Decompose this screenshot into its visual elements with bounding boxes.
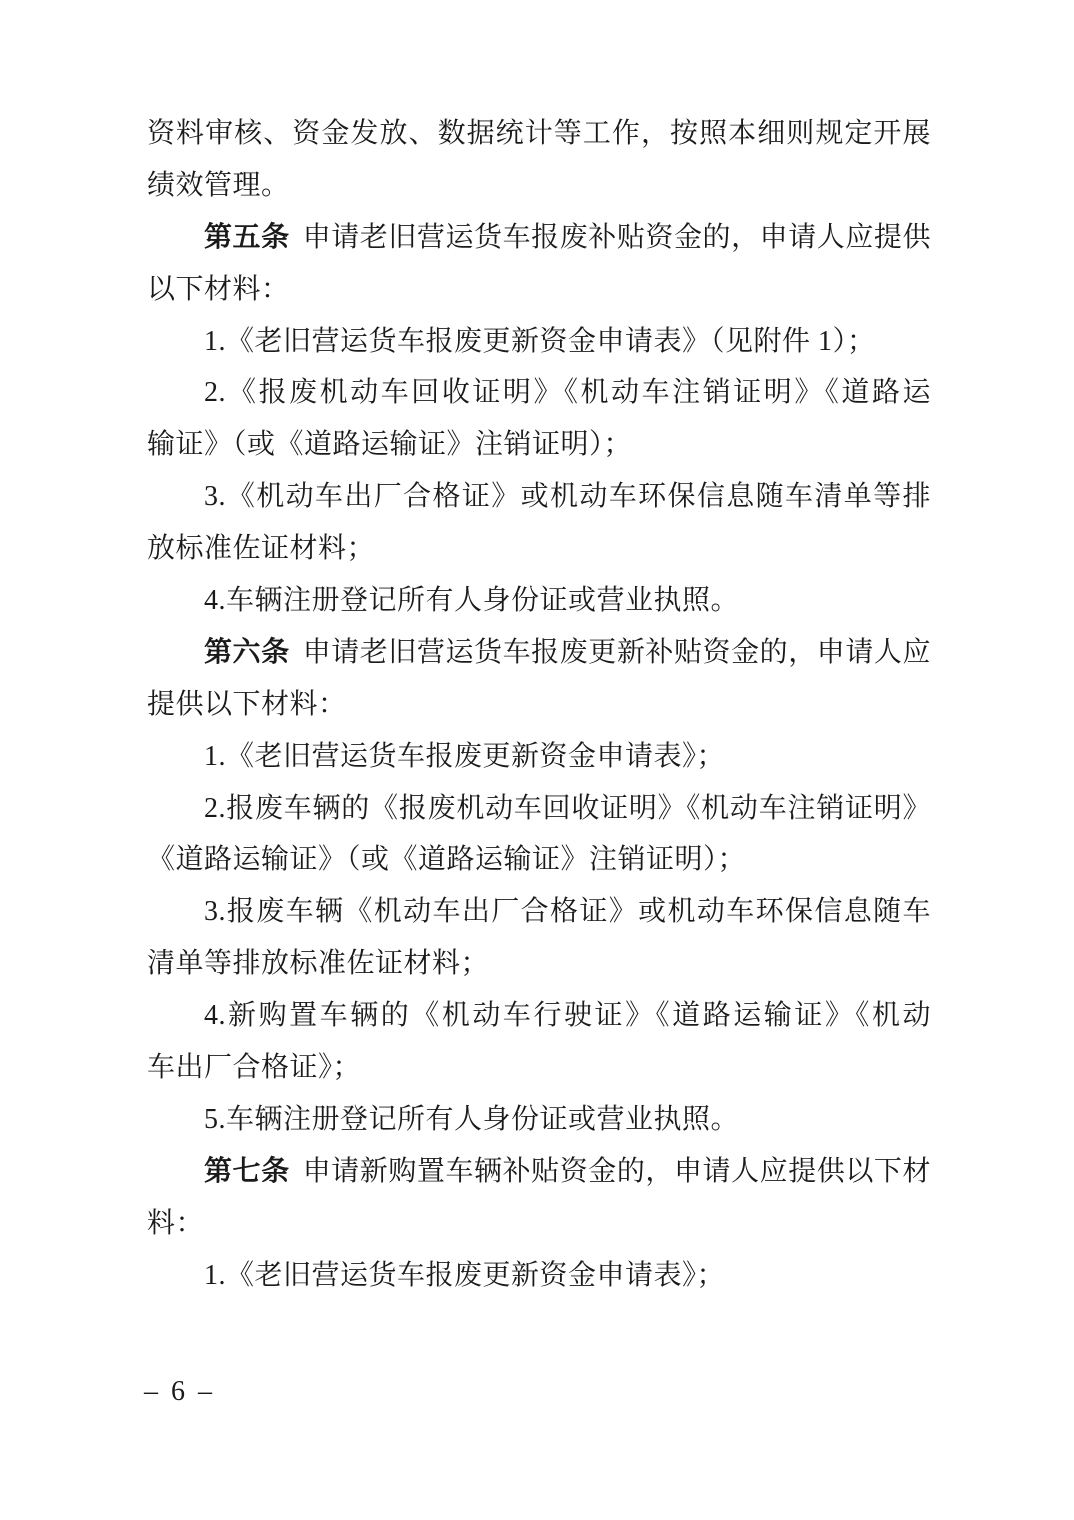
line-text: 申请老旧营运货车报废补贴资金的，申请人应提供: [303, 222, 931, 253]
document-page: 资料审核、资金发放、数据统计等工作，按照本细则规定开展 绩效管理。 第五条申请老…: [0, 0, 1074, 1520]
page-number: – 6 –: [144, 1376, 215, 1407]
text-line: 输证》（或《道路运输证》注销证明）；: [147, 419, 931, 471]
text-line: 2.报废车辆的《报废机动车回收证明》《机动车注销证明》: [147, 783, 931, 835]
text-line: 放标准佐证材料；: [147, 523, 931, 575]
text-line: 3.《机动车出厂合格证》或机动车环保信息随车清单等排: [147, 471, 931, 523]
text-line: 第六条申请老旧营运货车报废更新补贴资金的，申请人应: [147, 627, 931, 679]
text-line: 4.车辆注册登记所有人身份证或营业执照。: [147, 575, 931, 627]
text-line: 2.《报废机动车回收证明》《机动车注销证明》《道路运: [147, 367, 931, 419]
text-line: 料：: [147, 1198, 931, 1250]
page-footer: – 6 –: [144, 1372, 215, 1412]
text-line: 5.车辆注册登记所有人身份证或营业执照。: [147, 1094, 931, 1146]
text-line: 1.《老旧营运货车报废更新资金申请表》；: [147, 1250, 931, 1302]
article-heading: 第六条: [204, 637, 290, 668]
article-heading: 第五条: [204, 222, 290, 253]
text-line: 清单等排放标准佐证材料；: [147, 938, 931, 990]
text-line: 绩效管理。: [147, 160, 931, 212]
article-heading: 第七条: [204, 1156, 290, 1187]
text-line: 车出厂合格证》；: [147, 1042, 931, 1094]
text-line: 以下材料：: [147, 264, 931, 316]
line-text: 申请老旧营运货车报废更新补贴资金的，申请人应: [303, 637, 931, 668]
line-text: 申请新购置车辆补贴资金的，申请人应提供以下材: [303, 1156, 931, 1187]
text-line: 提供以下材料：: [147, 679, 931, 731]
text-line: 第七条申请新购置车辆补贴资金的，申请人应提供以下材: [147, 1146, 931, 1198]
text-line: 3.报废车辆《机动车出厂合格证》或机动车环保信息随车: [147, 886, 931, 938]
text-line: 《道路运输证》（或《道路运输证》注销证明）；: [147, 834, 931, 886]
text-line: 4.新购置车辆的《机动车行驶证》《道路运输证》《机动: [147, 990, 931, 1042]
page-content: 资料审核、资金发放、数据统计等工作，按照本细则规定开展 绩效管理。 第五条申请老…: [147, 108, 931, 1301]
text-line: 资料审核、资金发放、数据统计等工作，按照本细则规定开展: [147, 108, 931, 160]
text-line: 第五条申请老旧营运货车报废补贴资金的，申请人应提供: [147, 212, 931, 264]
text-line: 1.《老旧营运货车报废更新资金申请表》；: [147, 731, 931, 783]
text-line: 1.《老旧营运货车报废更新资金申请表》（见附件 1）；: [147, 316, 931, 368]
